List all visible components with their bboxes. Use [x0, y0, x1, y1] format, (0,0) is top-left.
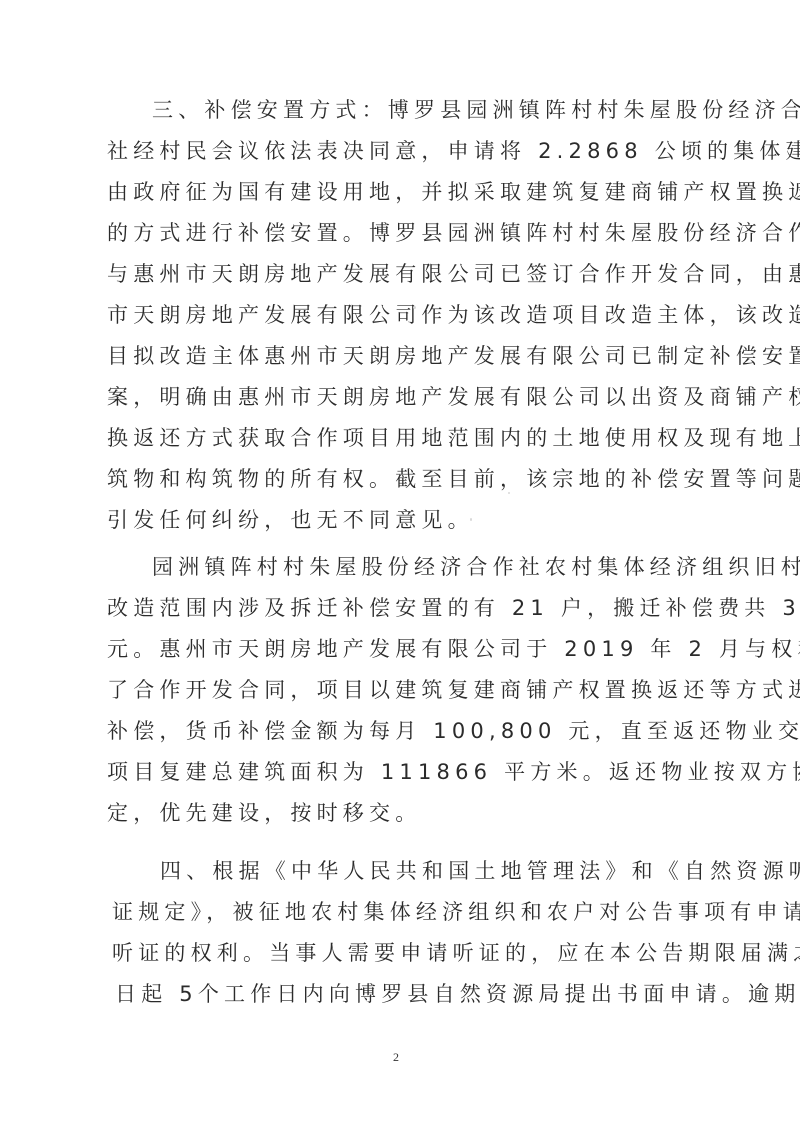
- document-page: 三、补偿安置方式：博罗县园洲镇阵村村朱屋股份经济合作 社经村民会议依法表决同意，…: [0, 0, 800, 1130]
- text-line: 社经村民会议依法表决同意，申请将 2.2868 公顷的集体建设用地: [107, 136, 701, 166]
- text-line: 证规定》，被征地农村集体经济组织和农户对公告事项有申请: [112, 897, 700, 927]
- text-line: 市天朗房地产发展有限公司作为该改造项目改造主体，该改造项: [107, 300, 701, 330]
- text-line: 换返还方式获取合作项目用地范围内的土地使用权及现有地上建: [107, 423, 701, 453]
- text-line: 补偿，货币补偿金额为每月 100,800 元，直至返还物业交付为止。: [107, 716, 701, 746]
- text-line: 的方式进行补偿安置。博罗县园洲镇阵村村朱屋股份经济合作社: [107, 218, 701, 248]
- text-line: 了合作开发合同，项目以建筑复建商铺产权置换返还等方式进行: [107, 675, 701, 705]
- text-line: 四、根据《中华人民共和国土地管理法》和《自然资源听: [160, 856, 700, 886]
- text-line: 案，明确由惠州市天朗房地产发展有限公司以出资及商铺产权置: [107, 382, 701, 412]
- scan-speck: [470, 518, 472, 521]
- text-line: 园洲镇阵村村朱屋股份经济合作社农村集体经济组织旧村庄: [152, 552, 701, 582]
- text-line: 定，优先建设，按时移交。: [107, 798, 701, 828]
- text-line: 三、补偿安置方式：博罗县园洲镇阵村村朱屋股份经济合作: [152, 95, 701, 125]
- page-number: 2: [393, 1050, 399, 1065]
- text-line: 元。惠州市天朗房地产发展有限公司于 2019 年 2 月与权利人签订: [107, 634, 701, 664]
- text-line: 筑物和构筑物的所有权。截至目前，该宗地的补偿安置等问题未: [107, 464, 701, 494]
- text-line: 听证的权利。当事人需要申请听证的，应在本公告期限届满之: [112, 938, 700, 968]
- text-line: 目拟改造主体惠州市天朗房地产发展有限公司已制定补偿安置方: [107, 341, 701, 371]
- scan-speck: [508, 492, 510, 494]
- text-line: 与惠州市天朗房地产发展有限公司已签订合作开发合同，由惠州: [107, 259, 701, 289]
- scan-speck: [413, 306, 416, 309]
- text-line: 日起 5个工作日内向博罗县自然资源局提出书面申请。逾期未: [115, 979, 700, 1009]
- text-line: 改造范围内涉及拆迁补偿安置的有 21 户，搬迁补偿费共 3,139,000: [107, 593, 701, 623]
- text-line: 引发任何纠纷，也无不同意见。: [107, 505, 701, 535]
- text-line: 项目复建总建筑面积为 111866 平方米。返还物业按双方协议约: [107, 757, 701, 787]
- text-line: 由政府征为国有建设用地，并拟采取建筑复建商铺产权置换返还: [107, 177, 701, 207]
- scan-speck: [430, 430, 432, 434]
